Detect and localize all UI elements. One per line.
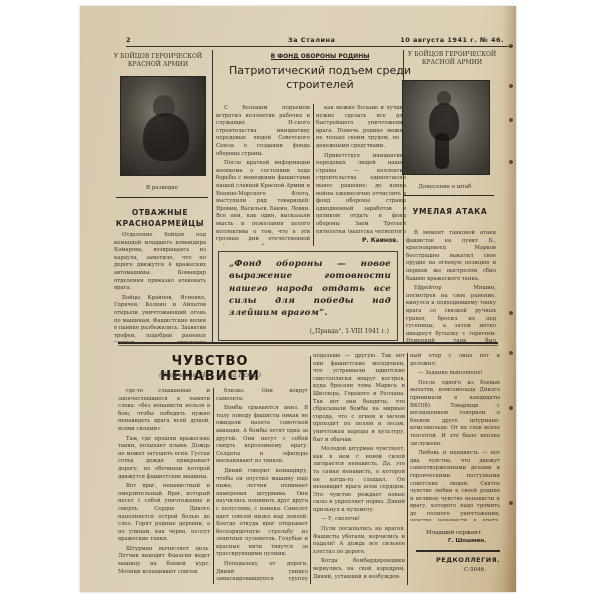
column-rule bbox=[213, 388, 214, 584]
right-article-title: УМЕЛАЯ АТАКА bbox=[406, 206, 494, 217]
page-number: 2 bbox=[126, 36, 131, 44]
paragraph: как можно больше и лучше, нужно сделать … bbox=[316, 105, 406, 151]
binding-hole bbox=[509, 311, 513, 315]
left-article-body: Отделение бойцов под командой младшего к… bbox=[114, 232, 206, 342]
divider bbox=[404, 195, 494, 196]
paragraph: — У, сволочи! bbox=[313, 516, 405, 524]
column-rule bbox=[212, 50, 213, 344]
paragraph: Молодой штурман чувствует, как в нем с н… bbox=[313, 446, 405, 514]
left-photo-caption: В разведке bbox=[120, 185, 204, 191]
paragraph: Бойцы Крайнов, Ясненко, Горячев, Колкин … bbox=[114, 295, 206, 342]
center-article-col2: как можно больше и лучше, нужно сделать … bbox=[316, 105, 406, 233]
newspaper-title: За Сталина bbox=[288, 36, 335, 44]
editorial-board: РЕДКОЛЛЕГИЯ. bbox=[436, 556, 500, 564]
section-rubric: В ФОНД ОБОРОНЫ РОДИНЫ bbox=[250, 53, 390, 60]
column-rule bbox=[407, 353, 408, 585]
paragraph: Бомбы срываются вниз. В тылу поводу фаши… bbox=[216, 405, 308, 466]
left-section-head: У бойцов героической Красной Армии bbox=[112, 53, 204, 69]
paragraph: Дикий говорит командиру, чтобы он опусти… bbox=[216, 468, 308, 559]
right-photo-caption: Донесение в штаб bbox=[402, 184, 488, 190]
bottom-article-col1: где-то слышанные и запечатлевшиеся в пам… bbox=[118, 388, 210, 584]
quote-text: „Фонд обороны — новое выражение готовнос… bbox=[229, 258, 391, 319]
masthead: 2 За Сталина 10 августа 1941 г. № 46. bbox=[126, 34, 512, 47]
paragraph: близко. Они вокруг самолета. bbox=[216, 388, 308, 403]
right-article-body: В момент танковой атаки фашистов на пунк… bbox=[406, 230, 496, 342]
left-article-title: ОТВАЖНЫЕ КРАСНОАРМЕЙЦЫ bbox=[114, 207, 206, 229]
signature-name: Г. Шошмин. bbox=[448, 538, 486, 544]
paragraph: Когда бомбардировщики вернулись на свой … bbox=[313, 558, 405, 581]
paragraph: — Задание выполнено! bbox=[410, 370, 500, 378]
paragraph: Штурман вычисляет цель. Летчик выводит Ф… bbox=[118, 546, 210, 576]
divider bbox=[116, 197, 208, 198]
paragraph: Вот враг, ненавистный и омерзительный. В… bbox=[118, 483, 210, 544]
paragraph: Отделение бойцов под командой младшего к… bbox=[114, 232, 206, 293]
column-rule bbox=[313, 104, 314, 246]
column-rule bbox=[310, 356, 311, 584]
bottom-article-col4: ный отер с лица пот и доложил: — Задание… bbox=[410, 353, 500, 521]
binding-hole bbox=[509, 84, 513, 88]
paragraph: где-то слышанные и запечатлевшиеся в пам… bbox=[118, 388, 210, 434]
center-article-title: Патриотический подъем среди строителей bbox=[216, 64, 424, 92]
bottom-article-subtitle: (Окончание. Нач. см. на 1 стр.) bbox=[132, 372, 288, 379]
paragraph: Пули посыпались на врагов. Фашисты убега… bbox=[313, 526, 405, 556]
bottom-article-col2: близко. Они вокруг самолета. Бомбы срыва… bbox=[216, 388, 308, 584]
paragraph: В момент танковой атаки фашистов на пунк… bbox=[406, 230, 496, 283]
binding-hole bbox=[509, 160, 513, 164]
print-code: С-5046. bbox=[464, 567, 486, 573]
footer-rule bbox=[416, 550, 500, 552]
paragraph: Приветствуя инициативу передовых людей н… bbox=[316, 153, 406, 233]
section-separator bbox=[118, 342, 498, 344]
bottom-article-title: ЧУВСТВО НЕНАВИСТИ bbox=[132, 354, 288, 384]
paragraph: Любовь и ненависть — вот два чувства, чт… bbox=[410, 450, 500, 521]
binding-hole bbox=[509, 118, 513, 122]
paragraph: После краткой информации военкома о сост… bbox=[216, 160, 310, 245]
paragraph: С большим подъемом встретил коллектив ра… bbox=[216, 105, 310, 158]
binding-hole bbox=[509, 501, 513, 505]
paragraph: Ефрейтор Мишин, посмотрев на свое ранени… bbox=[406, 285, 496, 342]
motorcyclist-photo bbox=[402, 80, 490, 175]
right-section-head: У бойцов героической Красной Армии bbox=[406, 51, 498, 67]
quote-source: („Правда“, 1-VIII 1941 г.) bbox=[310, 328, 389, 335]
paragraph: подальше — другую. Так вот они фашистски… bbox=[313, 353, 405, 444]
newspaper-page: 2 За Сталина 10 августа 1941 г. № 46. У … bbox=[80, 6, 516, 592]
paragraph: Там, где прошли вражеские танки, полыхае… bbox=[118, 436, 210, 482]
section-separator-thin bbox=[118, 345, 498, 346]
paragraph: Неподалеку от дороги, Дикий увидел замас… bbox=[216, 561, 308, 584]
paragraph: ный отер с лица пот и доложил: bbox=[410, 353, 500, 368]
signature-rank: Младший сержант bbox=[426, 530, 481, 536]
binding-hole bbox=[509, 44, 513, 48]
author-signature: Р. Каинов. bbox=[362, 237, 398, 244]
binding-hole bbox=[509, 406, 513, 410]
center-article-col1: С большим подъемом встретил коллектив ра… bbox=[216, 105, 310, 245]
bottom-article-col3: подальше — другую. Так вот они фашистски… bbox=[313, 353, 405, 585]
issue-date: 10 августа 1941 г. № 46. bbox=[400, 36, 504, 44]
soldier-photo bbox=[120, 76, 206, 176]
quote-box: „Фонд обороны — новое выражение готовнос… bbox=[218, 251, 398, 341]
paragraph: После одного из боевых вылетов, комсомол… bbox=[410, 380, 500, 448]
binding-hole bbox=[509, 351, 513, 355]
